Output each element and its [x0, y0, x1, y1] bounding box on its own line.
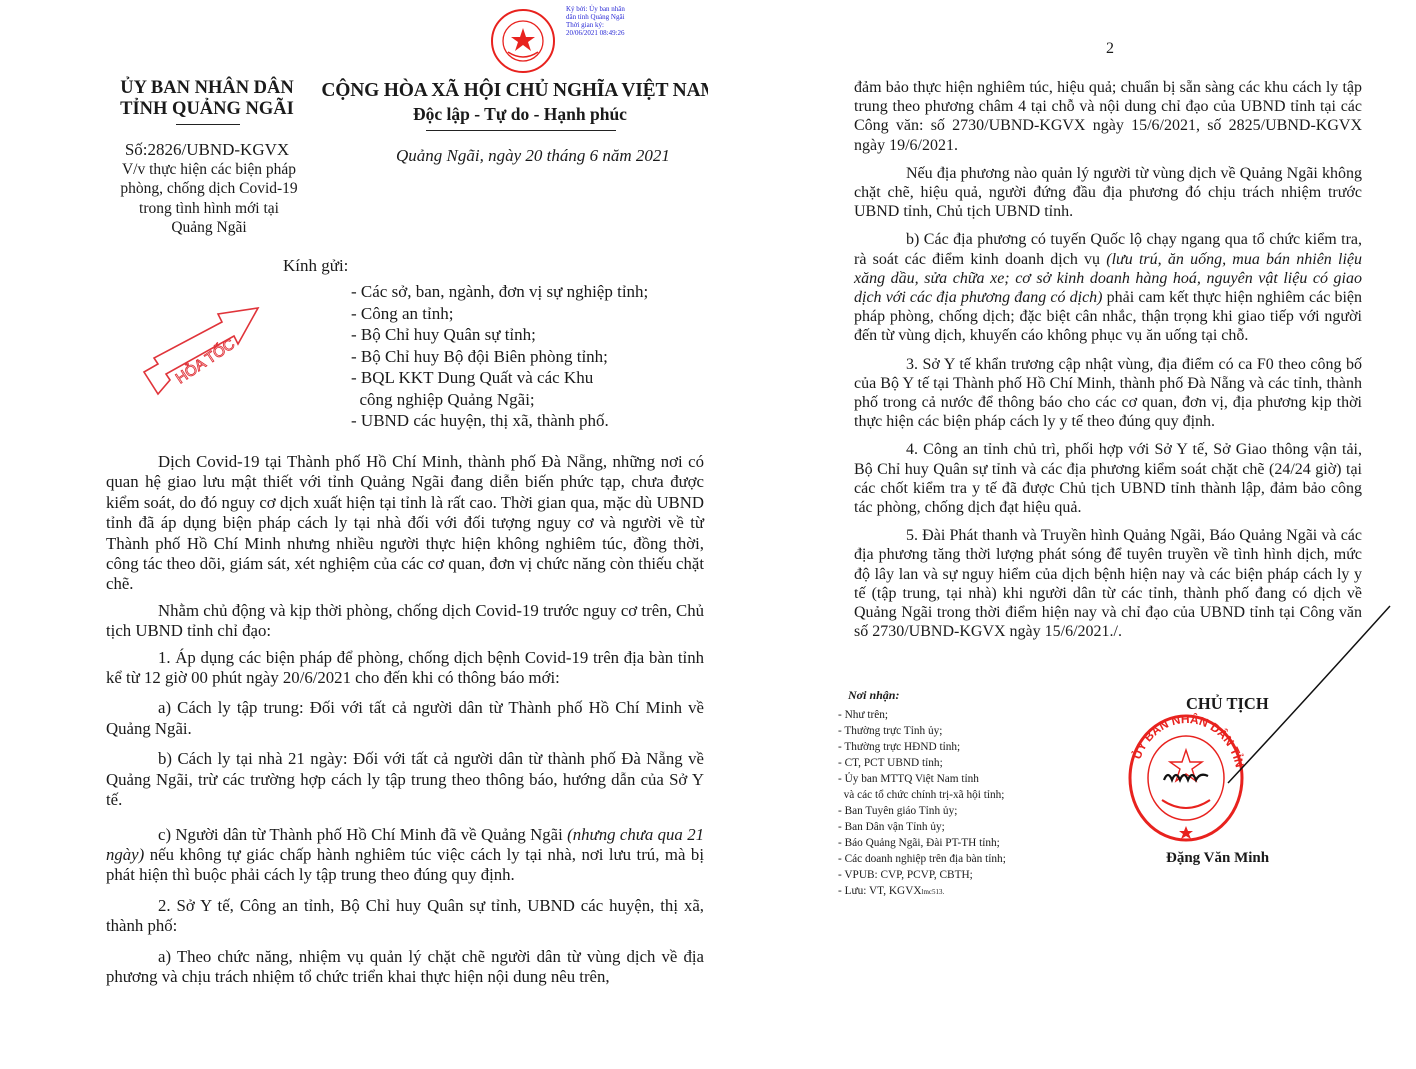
- paragraph-item-1c: c) Người dân từ Thành phố Hồ Chí Minh đã…: [106, 825, 704, 886]
- org-line-2: TỈNH QUẢNG NGÃI: [96, 99, 318, 120]
- recipient-item: công nghiệp Quảng Ngãi;: [351, 389, 691, 411]
- recipient-item: - Công an tỉnh;: [351, 303, 691, 325]
- paragraph-item-1a: a) Cách ly tập trung: Đối với tất cả ngư…: [106, 698, 704, 739]
- signer-name: Đặng Văn Minh: [1166, 850, 1269, 867]
- paragraph-directive: Nhằm chủ động và kịp thời phòng, chống d…: [106, 601, 704, 642]
- receiver-item: - Như trên;: [838, 707, 1078, 723]
- receivers-list: - Như trên; - Thường trực Tỉnh ủy; - Thư…: [838, 707, 1078, 900]
- paragraph-item-1: 1. Áp dụng các biện pháp để phòng, chống…: [106, 648, 704, 689]
- signature-stroke-icon: [1208, 598, 1398, 798]
- document-number: Số:2826/UBND-KGVX: [96, 140, 318, 160]
- receiver-item: - Báo Quảng Ngãi, Đài PT-TH tỉnh;: [838, 835, 1078, 851]
- paragraph-item-2a: a) Theo chức năng, nhiệm vụ quản lý chặt…: [106, 947, 704, 988]
- place-and-date: Quảng Ngãi, ngày 20 tháng 6 năm 2021: [396, 146, 726, 166]
- receiver-item: - VPUB: CVP, PCVP, CBTH;: [838, 867, 1078, 883]
- motto-underline: [426, 130, 616, 131]
- subject-line: phòng, chống dịch Covid-19: [116, 179, 302, 198]
- digisig-line: dân tỉnh Quảng Ngãi: [566, 13, 625, 21]
- paragraph-responsibility: Nếu địa phương nào quản lý người từ vùng…: [854, 164, 1362, 222]
- subject-line: Quảng Ngãi: [116, 218, 302, 237]
- paragraph-item-4: 4. Công an tỉnh chủ trì, phối hợp với Sở…: [854, 440, 1362, 517]
- receiver-item: - Các doanh nghiệp trên địa bàn tỉnh;: [838, 851, 1078, 867]
- receiver-item: - Ban Dân vận Tỉnh ủy;: [838, 819, 1078, 835]
- paragraph-item-2b: b) Các địa phương có tuyến Quốc lộ chạy …: [854, 230, 1362, 345]
- state-seal-icon: [490, 8, 556, 74]
- subject-line: V/v thực hiện các biện pháp: [116, 160, 302, 179]
- paragraph-item-2: 2. Sở Y tế, Công an tỉnh, Bộ Chỉ huy Quâ…: [106, 896, 704, 937]
- archive-code: lmc513.: [922, 888, 945, 896]
- receiver-item: - Ủy ban MTTQ Việt Nam tỉnh: [838, 771, 1078, 787]
- receiver-item: và các tổ chức chính trị-xã hội tỉnh;: [838, 787, 1078, 803]
- paragraph-continuation: đảm bảo thực hiện nghiêm túc, hiệu quả; …: [854, 78, 1362, 155]
- recipient-item: - BQL KKT Dung Quất và các Khu: [351, 367, 691, 389]
- paragraph-item-1b: b) Cách ly tại nhà 21 ngày: Đối với tất …: [106, 749, 704, 810]
- receivers-title: Nơi nhận:: [848, 688, 899, 703]
- item-1c-text: c) Người dân từ Thành phố Hồ Chí Minh đã…: [158, 825, 567, 844]
- national-title: CỘNG HÒA XÃ HỘI CHỦ NGHĨA VIỆT NAM: [318, 80, 722, 102]
- page2-body: đảm bảo thực hiện nghiêm túc, hiệu quả; …: [854, 78, 1362, 641]
- recipient-item: - Bộ Chỉ huy Bộ đội Biên phòng tỉnh;: [351, 346, 691, 368]
- page-1: Ký bởi: Ủy ban nhân dân tỉnh Quảng Ngãi …: [0, 0, 708, 1069]
- receiver-item: - Thường trực HĐND tỉnh;: [838, 739, 1078, 755]
- item-1c-text-end: nếu không tự giác chấp hành nghiêm túc v…: [106, 845, 704, 884]
- org-line-1: ỦY BAN NHÂN DÂN: [96, 78, 318, 99]
- recipient-item: - Các sở, ban, ngành, đơn vị sự nghiệp t…: [351, 281, 691, 303]
- digisig-line: Ký bởi: Ủy ban nhân: [566, 5, 625, 13]
- digisig-line: Thời gian ký:: [566, 21, 625, 29]
- recipient-list: - Các sở, ban, ngành, đơn vị sự nghiệp t…: [351, 281, 691, 432]
- page-2: 2 đảm bảo thực hiện nghiêm túc, hiệu quả…: [708, 0, 1416, 1069]
- subject-line: trong tình hình mới tại: [116, 199, 302, 218]
- national-motto: Độc lập - Tự do - Hạnh phúc: [318, 104, 722, 125]
- document-subject: V/v thực hiện các biện pháp phòng, chống…: [116, 160, 302, 238]
- receiver-item-archive: - Lưu: VT, KGVXlmc513.: [838, 883, 1078, 900]
- paragraph-item-3: 3. Sở Y tế khẩn trương cập nhật vùng, đị…: [854, 355, 1362, 432]
- page-number: 2: [1106, 40, 1114, 58]
- recipient-item: - Bộ Chỉ huy Quân sự tỉnh;: [351, 324, 691, 346]
- greeting: Kính gửi:: [283, 256, 348, 276]
- digisig-line: 20/06/2021 08:49:26: [566, 29, 625, 37]
- archive-label: - Lưu: VT, KGVX: [838, 885, 922, 897]
- org-underline: [176, 124, 240, 125]
- paragraph-intro: Dịch Covid-19 tại Thành phố Hồ Chí Minh,…: [106, 452, 704, 595]
- receiver-item: - Ban Tuyên giáo Tỉnh ủy;: [838, 803, 1078, 819]
- recipient-item: - UBND các huyện, thị xã, thành phố.: [351, 410, 691, 432]
- issuing-organization: ỦY BAN NHÂN DÂN TỈNH QUẢNG NGÃI: [96, 78, 318, 120]
- receiver-item: - CT, PCT UBND tỉnh;: [838, 755, 1078, 771]
- receiver-item: - Thường trực Tỉnh ủy;: [838, 723, 1078, 739]
- page1-body: Dịch Covid-19 tại Thành phố Hồ Chí Minh,…: [106, 452, 704, 987]
- digital-signature-info: Ký bởi: Ủy ban nhân dân tỉnh Quảng Ngãi …: [566, 5, 625, 37]
- urgent-stamp-icon: HỎA TỐC: [138, 302, 268, 402]
